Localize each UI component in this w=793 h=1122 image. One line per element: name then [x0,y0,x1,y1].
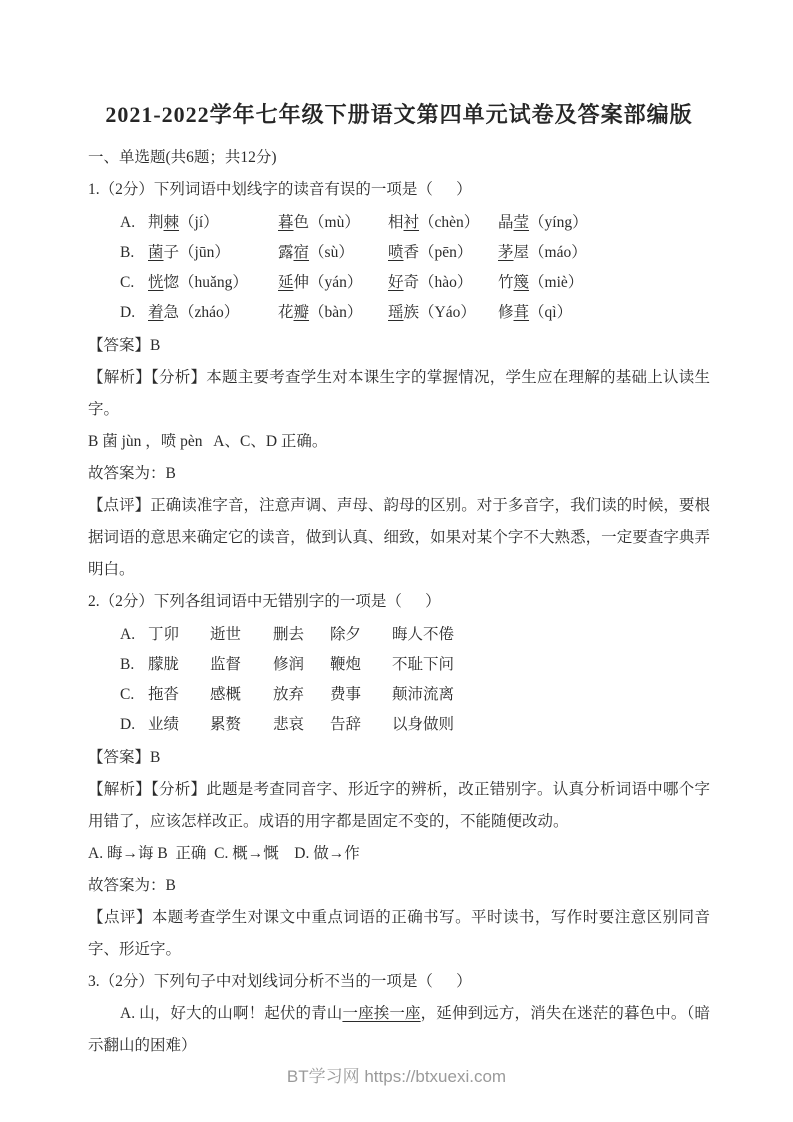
question-1-conclusion: 故答案为：B [88,458,710,490]
word-post: （chèn） [419,214,479,231]
option-word: 晦人不倦 [392,620,710,650]
option-label: A. [120,620,148,650]
option-label: C. [120,268,148,298]
option-word: 鞭炮 [330,650,392,680]
word-post: （qì） [529,304,572,321]
word-post: 香（pēn） [404,244,473,261]
question-1-answer: 【答案】B [88,330,710,362]
question-2-stem: 2.（2分）下列各组词语中无错别字的一项是（ ） [88,586,710,618]
option-word: 瑶族（Yáo） [388,298,498,328]
option-word: 修葺（qì） [498,298,710,328]
word-pre: 竹 [498,274,514,291]
option-word: 恍惚（huǎng） [148,268,278,298]
sentence-pre: A. 山，好大的山啊！起伏的青山 [120,1005,342,1022]
option-word: 以身做则 [392,710,710,740]
option-word: 茅屋（máo） [498,238,710,268]
word-pre: 修 [498,304,514,321]
word-post: 屋（máo） [514,244,587,261]
word-pre: 露 [278,244,294,261]
option-label: D. [120,710,148,740]
word-post: 惚（huǎng） [164,274,248,291]
option-label: A. [120,208,148,238]
option-word: 花瓣（bàn） [278,298,388,328]
word-underlined: 着 [148,304,164,321]
option-row-c: C. 拖沓 感概 放弃 费事 颠沛流离 [88,680,710,710]
option-word: 悲哀 [273,710,330,740]
option-word: 露宿（sù） [278,238,388,268]
word-underlined: 宿 [294,244,310,261]
word-underlined: 瓣 [294,304,310,321]
document-page: 2021-2022学年七年级下册语文第四单元试卷及答案部编版 一、单选题(共6题… [0,0,793,1122]
option-word: 逝世 [210,620,273,650]
word-underlined: 棘 [164,214,180,231]
section-heading: 一、单选题(共6题；共12分) [88,142,710,174]
word-pre: 晶 [498,214,514,231]
option-word: 晶莹（yíng） [498,208,710,238]
option-word: 除夕 [330,620,392,650]
option-word: 业绩 [148,710,210,740]
question-2-analysis-detail: A. 晦→诲 B 正确 C. 概→慨 D. 做→作 [88,838,710,870]
word-underlined: 延 [278,274,294,291]
question-2-options: A. 丁卯 逝世 删去 除夕 晦人不倦 B. 朦胧 监督 修润 鞭炮 不耻下问 … [88,620,710,740]
word-underlined: 茅 [498,244,514,261]
option-label: C. [120,680,148,710]
word-post: 伸（yán） [294,274,363,291]
option-word: 累赘 [210,710,273,740]
option-word: 告辞 [330,710,392,740]
option-word: 不耻下问 [392,650,710,680]
word-pre: 荆 [148,214,164,231]
option-word: 竹篾（miè） [498,268,710,298]
option-row-d: D. 着急（zháo） 花瓣（bàn） 瑶族（Yáo） 修葺（qì） [88,298,710,328]
option-word: 着急（zháo） [148,298,278,328]
site-watermark: BT学习网 https://btxuexi.com [0,1062,793,1087]
option-word: 拖沓 [148,680,210,710]
option-row-b: B. 菌子（jūn） 露宿（sù） 喷香（pēn） 茅屋（máo） [88,238,710,268]
option-word: 延伸（yán） [278,268,388,298]
option-label: B. [120,650,148,680]
question-3-option-a: A. 山，好大的山啊！起伏的青山一座挨一座，延伸到远方，消失在迷茫的暮色中。（暗… [88,998,710,1062]
option-word: 删去 [273,620,330,650]
option-word: 好奇（hào） [388,268,498,298]
word-post: 急（zháo） [164,304,240,321]
word-underlined: 衬 [404,214,420,231]
word-underlined: 篾 [514,274,530,291]
sentence-underlined: 一座挨一座 [342,1005,420,1022]
question-1-options: A. 荆棘（jí） 暮色（mù） 相衬（chèn） 晶莹（yíng） B. 菌子… [88,208,710,328]
option-row-c: C. 恍惚（huǎng） 延伸（yán） 好奇（hào） 竹篾（miè） [88,268,710,298]
option-word: 荆棘（jí） [148,208,278,238]
word-underlined: 暮 [278,214,294,231]
question-2-analysis: 【解析】【分析】此题是考查同音字、形近字的辨析，改正错别字。认真分析词语中哪个字… [88,774,710,838]
word-post: 族（Yáo） [404,304,476,321]
word-underlined: 菌 [148,244,164,261]
word-underlined: 恍 [148,274,164,291]
word-post: 子（jūn） [164,244,230,261]
word-post: 奇（hào） [404,274,473,291]
option-row-d: D. 业绩 累赘 悲哀 告辞 以身做则 [88,710,710,740]
option-word: 菌子（jūn） [148,238,278,268]
word-underlined: 葺 [514,304,530,321]
option-row-a: A. 丁卯 逝世 删去 除夕 晦人不倦 [88,620,710,650]
word-pre: 相 [388,214,404,231]
option-label: B. [120,238,148,268]
word-underlined: 好 [388,274,404,291]
option-word: 相衬（chèn） [388,208,498,238]
word-post: （bàn） [309,304,362,321]
option-word: 监督 [210,650,273,680]
option-row-a: A. 荆棘（jí） 暮色（mù） 相衬（chèn） 晶莹（yíng） [88,208,710,238]
word-post: （jí） [179,214,219,231]
page-title: 2021-2022学年七年级下册语文第四单元试卷及答案部编版 [88,98,710,132]
word-underlined: 瑶 [388,304,404,321]
word-post: （yíng） [529,214,588,231]
question-1-stem: 1.（2分）下列词语中划线字的读音有误的一项是（ ） [88,174,710,206]
option-row-b: B. 朦胧 监督 修润 鞭炮 不耻下问 [88,650,710,680]
option-word: 感概 [210,680,273,710]
question-2-answer: 【答案】B [88,742,710,774]
option-label: D. [120,298,148,328]
word-pre: 花 [278,304,294,321]
word-underlined: 喷 [388,244,404,261]
word-post: 色（mù） [294,214,360,231]
word-post: （miè） [529,274,583,291]
option-word: 颠沛流离 [392,680,710,710]
document-content: 2021-2022学年七年级下册语文第四单元试卷及答案部编版 一、单选题(共6题… [88,98,710,1062]
question-1-analysis-detail: B 菌 jùn ，喷 pèn A、C、D 正确。 [88,426,710,458]
question-1-analysis: 【解析】【分析】本题主要考查学生对本课生字的掌握情况，学生应在理解的基础上认读生… [88,362,710,426]
question-1-comment: 【点评】正确读准字音，注意声调、声母、韵母的区别。对于多音字，我们读的时候，要根… [88,490,710,586]
question-2-comment: 【点评】本题考查学生对课文中重点词语的正确书写。平时读书，写作时要注意区别同音字… [88,902,710,966]
option-word: 费事 [330,680,392,710]
option-word: 暮色（mù） [278,208,388,238]
question-3-stem: 3.（2分）下列句子中对划线词分析不当的一项是（ ） [88,966,710,998]
option-word: 喷香（pēn） [388,238,498,268]
word-underlined: 莹 [514,214,530,231]
word-post: （sù） [309,244,354,261]
option-word: 丁卯 [148,620,210,650]
option-word: 放弃 [273,680,330,710]
question-2-conclusion: 故答案为：B [88,870,710,902]
option-word: 朦胧 [148,650,210,680]
option-word: 修润 [273,650,330,680]
